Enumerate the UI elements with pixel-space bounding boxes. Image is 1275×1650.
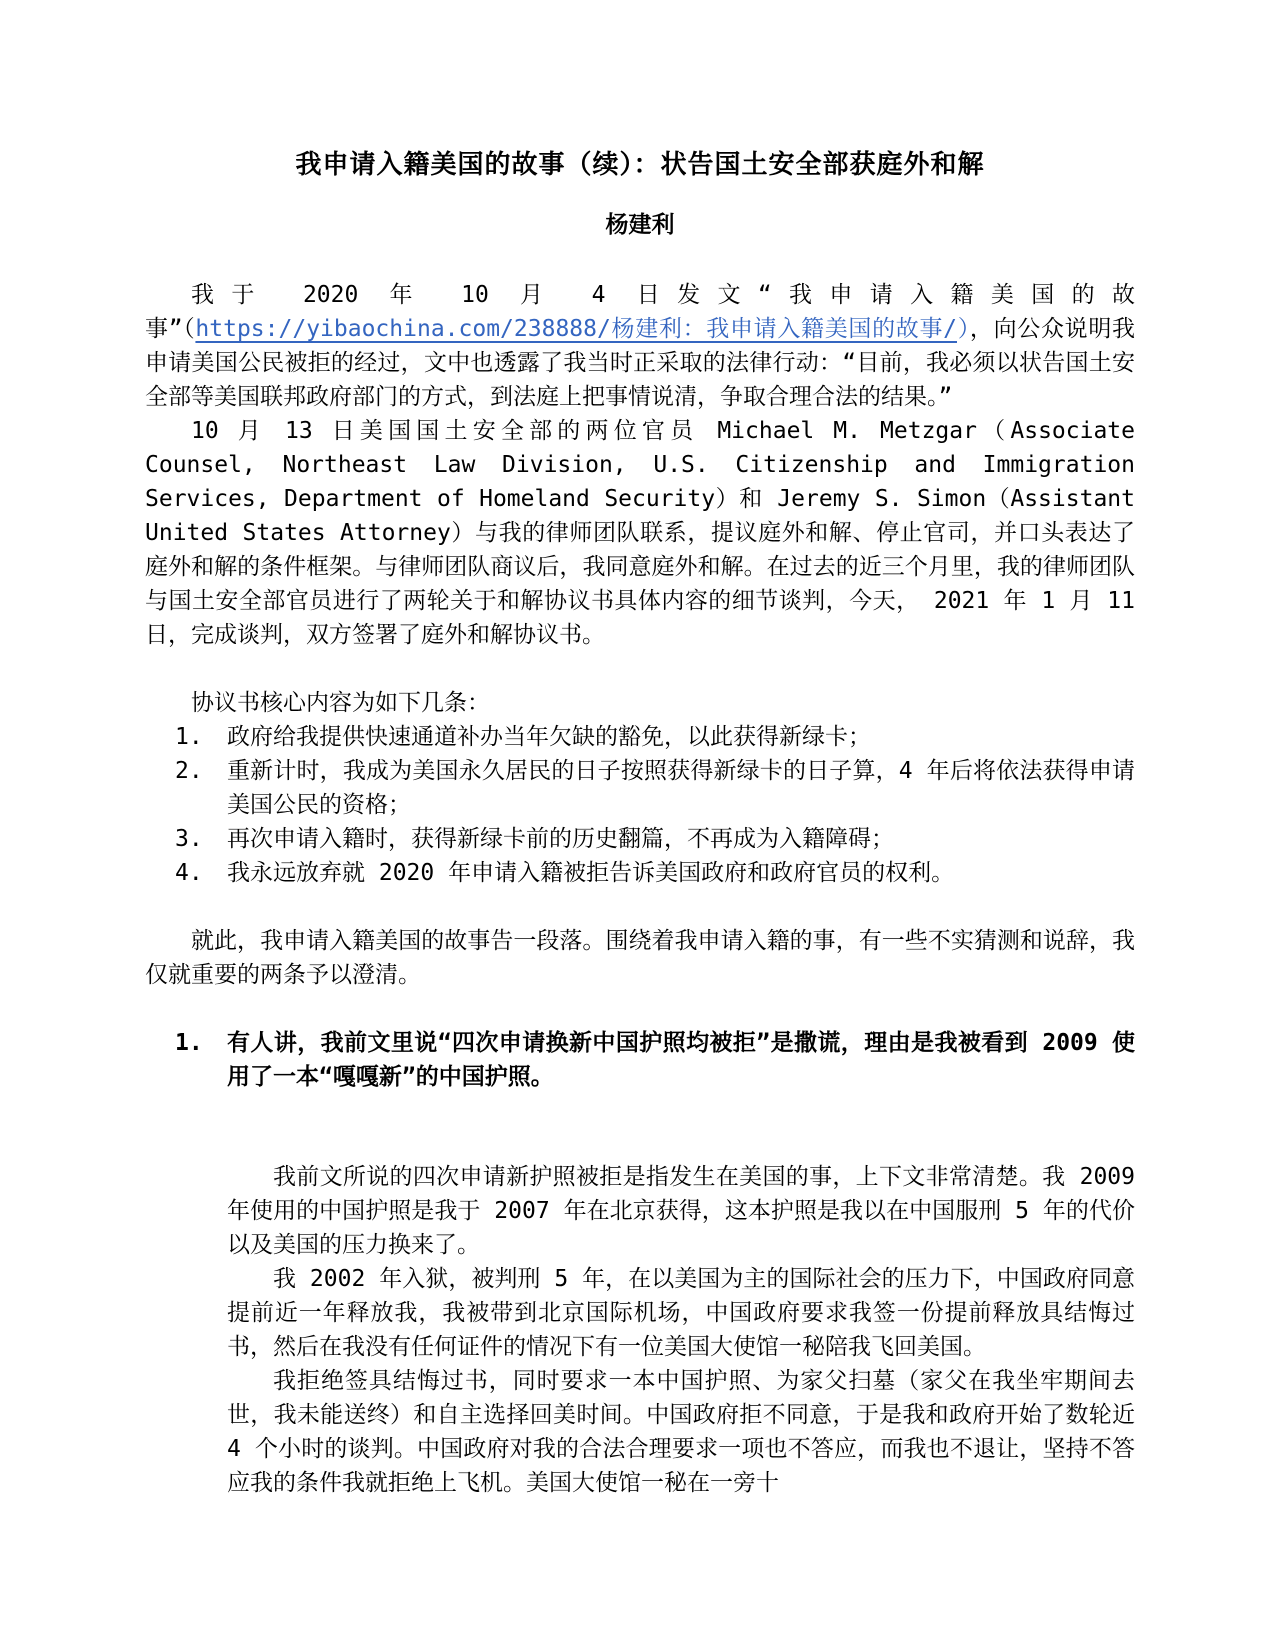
paragraph-opening: 我于 2020 年 10 月 4 日发文“我申请入籍美国的故事”（https:/…: [145, 278, 1135, 414]
clarification-paragraph: 我前文所说的四次申请新护照被拒是指发生在美国的事，上下文非常清楚。我 2009 …: [227, 1160, 1135, 1262]
clarification-item: 1. 有人讲，我前文里说“四次申请换新中国护照均被拒”是撒谎，理由是我被看到 2…: [175, 1026, 1135, 1094]
agreement-item-text: 政府给我提供快速通道补办当年欠缺的豁免，以此获得新绿卡；: [227, 720, 1135, 754]
paragraph-closing: 就此，我申请入籍美国的故事告一段落。围绕着我申请入籍的事，有一些不实猜测和说辞，…: [145, 924, 1135, 992]
agreement-item-text: 我永远放弃就 2020 年申请入籍被拒告诉美国政府和政府官员的权利。: [227, 856, 1135, 890]
paragraph-settlement: 10 月 13 日美国国土安全部的两位官员 Michael M. Metzgar…: [145, 414, 1135, 652]
agreement-list: 1. 政府给我提供快速通道补办当年欠缺的豁免，以此获得新绿卡； 2. 重新计时，…: [175, 720, 1135, 890]
agreement-item: 1. 政府给我提供快速通道补办当年欠缺的豁免，以此获得新绿卡；: [175, 720, 1135, 754]
agreement-item-text: 再次申请入籍时，获得新绿卡前的历史翻篇，不再成为入籍障碍；: [227, 822, 1135, 856]
document-author: 杨建利: [145, 210, 1135, 240]
agreement-item: 3. 再次申请入籍时，获得新绿卡前的历史翻篇，不再成为入籍障碍；: [175, 822, 1135, 856]
agreement-item: 2. 重新计时，我成为美国永久居民的日子按照获得新绿卡的日子算，4 年后将依法获…: [175, 754, 1135, 822]
link-open-paren: （: [183, 316, 196, 342]
clarification-item-number: 1.: [175, 1026, 227, 1094]
agreement-item-number: 1.: [175, 720, 227, 754]
document-title: 我申请入籍美国的故事（续）：状告国土安全部获庭外和解: [145, 148, 1135, 182]
agreement-item-number: 4.: [175, 856, 227, 890]
article-url-link[interactable]: https://yibaochina.com/238888/杨建利：我申请入籍美…: [195, 316, 957, 342]
document-page: 我申请入籍美国的故事（续）：状告国土安全部获庭外和解 杨建利 我于 2020 年…: [0, 0, 1275, 1650]
agreement-item-number: 3.: [175, 822, 227, 856]
link-close-paren: ）: [957, 316, 970, 342]
clarification-item-claim: 有人讲，我前文里说“四次申请换新中国护照均被拒”是撒谎，理由是我被看到 2009…: [227, 1026, 1135, 1094]
agreement-intro: 协议书核心内容为如下几条：: [145, 686, 1135, 720]
clarification-paragraph: 我 2002 年入狱，被判刑 5 年，在以美国为主的国际社会的压力下，中国政府同…: [227, 1262, 1135, 1364]
agreement-item-text: 重新计时，我成为美国永久居民的日子按照获得新绿卡的日子算，4 年后将依法获得申请…: [227, 754, 1135, 822]
agreement-item: 4. 我永远放弃就 2020 年申请入籍被拒告诉美国政府和政府官员的权利。: [175, 856, 1135, 890]
agreement-item-number: 2.: [175, 754, 227, 822]
clarification-paragraph: 我拒绝签具结悔过书，同时要求一本中国护照、为家父扫墓（家父在我坐牢期间去世，我未…: [227, 1364, 1135, 1500]
clarification-list: 1. 有人讲，我前文里说“四次申请换新中国护照均被拒”是撒谎，理由是我被看到 2…: [175, 1026, 1135, 1094]
